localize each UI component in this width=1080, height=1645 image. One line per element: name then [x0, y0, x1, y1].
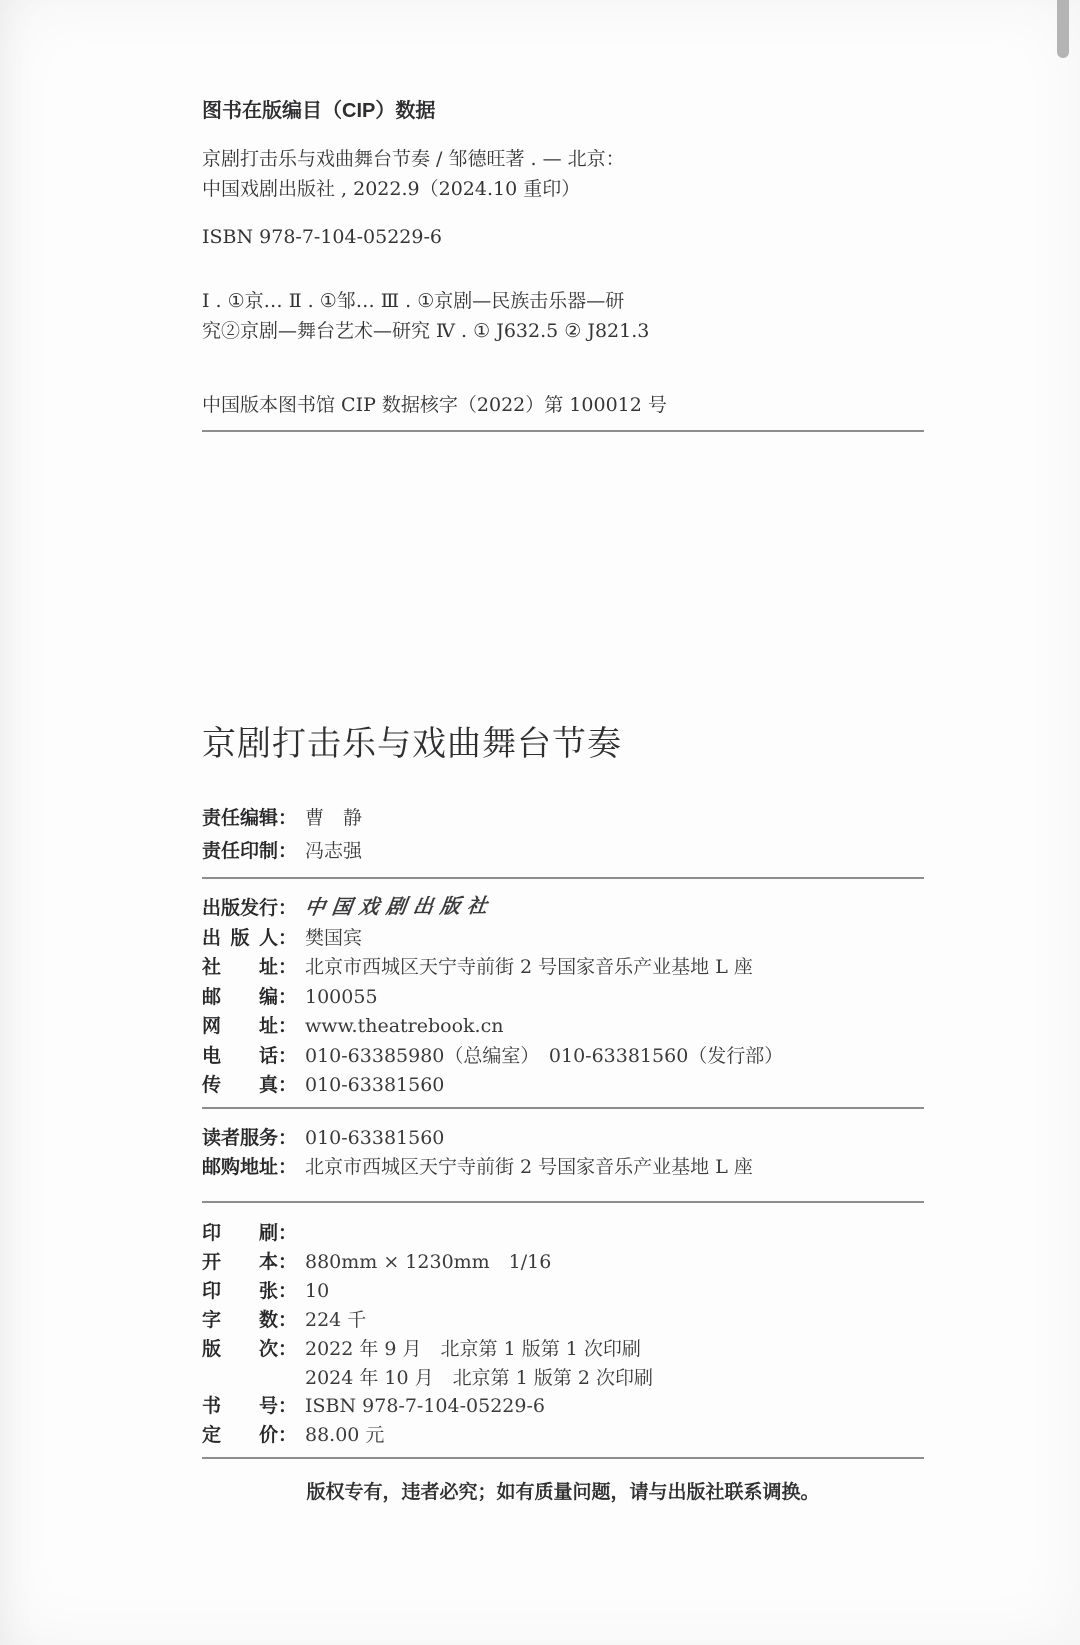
field-label: 出版发行 [202, 895, 278, 924]
divider [202, 1107, 924, 1109]
publisher-logo: 中国戏剧出版社 [303, 891, 496, 921]
print-row-edition: 版次：2022 年 9 月 北京第 1 版第 1 次印刷 [202, 1335, 924, 1364]
field-value: ISBN 978-7-104-05229-6 [305, 1392, 545, 1420]
pub-row-publisher-person: 出版人：樊国宾 [202, 924, 924, 954]
field-value: 冯志强 [305, 835, 362, 867]
field-value: 880mm × 1230mm 1/16 [305, 1248, 551, 1276]
colon: ： [278, 1336, 297, 1364]
field-value: 010-63381560 [305, 1124, 444, 1152]
divider [202, 430, 924, 432]
field-value: 2022 年 9 月 北京第 1 版第 1 次印刷 [305, 1335, 641, 1363]
field-value: 010-63385980（总编室） 010-63381560（发行部） [305, 1042, 783, 1071]
cip-block: 图书在版编目（CIP）数据 京剧打击乐与戏曲舞台节奏 / 邹德旺著 . — 北京… [202, 96, 924, 420]
field-value: 010-63381560 [305, 1071, 444, 1100]
pub-row-address: 社址：北京市西城区天宁寺前街 2 号国家音乐产业基地 L 座 [202, 953, 924, 983]
pub-row-publisher: 出版发行：中国戏剧出版社 [202, 893, 924, 924]
colon: ： [278, 836, 297, 868]
field-label: 责任印制 [202, 836, 278, 868]
field-label: 印张 [202, 1278, 278, 1306]
colon: ： [278, 1249, 297, 1277]
credit-row-editor: 责任编辑：曹 静 [202, 802, 924, 835]
divider [202, 1201, 924, 1203]
colon: ： [278, 803, 297, 835]
field-label: 读者服务 [202, 1125, 278, 1153]
colon: ： [278, 1013, 297, 1042]
field-value: 曹 静 [305, 802, 362, 834]
colon: ： [278, 1278, 297, 1306]
print-row-price: 定价：88.00 元 [202, 1421, 924, 1450]
cip-publisher-line: 中国戏剧出版社 , 2022.9（2024.10 重印） [202, 174, 924, 204]
field-value: 224 千 [305, 1306, 366, 1334]
colon: ： [278, 895, 297, 924]
field-value: 2024 年 10 月 北京第 1 版第 2 次印刷 [305, 1364, 653, 1392]
field-value: 北京市西城区天宁寺前街 2 号国家音乐产业基地 L 座 [305, 953, 753, 982]
reader-row-service: 读者服务：010-63381560 [202, 1124, 924, 1153]
cip-title-line: 京剧打击乐与戏曲舞台节奏 / 邹德旺著 . — 北京： [202, 144, 924, 174]
field-label: 开本 [202, 1249, 278, 1277]
colon: ： [278, 925, 297, 954]
scrollbar-thumb[interactable] [1057, 0, 1069, 58]
copyright-notice: 版权专有，违者必究；如有质量问题，请与出版社联系调换。 [202, 1478, 924, 1508]
cip-record-number: 中国版本图书馆 CIP 数据核字（2022）第 100012 号 [202, 390, 924, 420]
website-url: www.theatrebook.cn [305, 1012, 503, 1041]
credit-row-print-supervisor: 责任印制：冯志强 [202, 835, 924, 868]
pub-row-website: 网址：www.theatrebook.cn [202, 1012, 924, 1042]
cip-heading: 图书在版编目（CIP）数据 [202, 96, 924, 126]
print-row-printer: 印刷： [202, 1220, 924, 1248]
field-value: 88.00 元 [305, 1421, 384, 1449]
cip-isbn: ISBN 978-7-104-05229-6 [202, 222, 924, 252]
print-row-edition-continued: 2024 年 10 月 北京第 1 版第 2 次印刷 [202, 1364, 924, 1392]
field-label: 传真 [202, 1072, 278, 1101]
field-label: 版次 [202, 1336, 278, 1364]
field-label: 字数 [202, 1307, 278, 1335]
divider [202, 877, 924, 879]
colon: ： [278, 1307, 297, 1335]
colon: ： [278, 984, 297, 1013]
field-label: 出版人 [202, 925, 278, 954]
divider [202, 1457, 924, 1459]
copyright-page: 图书在版编目（CIP）数据 京剧打击乐与戏曲舞台节奏 / 邹德旺著 . — 北京… [0, 0, 1080, 1645]
pub-row-phone: 电话：010-63385980（总编室） 010-63381560（发行部） [202, 1042, 924, 1072]
field-label: 书号 [202, 1393, 278, 1421]
colon: ： [278, 1072, 297, 1101]
reader-row-mail-address: 邮购地址：北京市西城区天宁寺前街 2 号国家音乐产业基地 L 座 [202, 1153, 924, 1182]
field-label: 电话 [202, 1043, 278, 1072]
colon: ： [278, 1393, 297, 1421]
publisher-block: 出版发行：中国戏剧出版社 出版人：樊国宾 社址：北京市西城区天宁寺前街 2 号国… [202, 893, 924, 1101]
field-value: 100055 [305, 983, 378, 1012]
field-label: 社址 [202, 954, 278, 983]
colon: ： [278, 954, 297, 983]
printing-block: 印刷： 开本：880mm × 1230mm 1/16 印张：10 字数：224 … [202, 1220, 924, 1450]
field-value: 樊国宾 [305, 924, 362, 953]
print-row-isbn: 书号：ISBN 978-7-104-05229-6 [202, 1392, 924, 1421]
credits-block: 责任编辑：曹 静 责任印制：冯志强 [202, 802, 924, 868]
reader-service-block: 读者服务：010-63381560 邮购地址：北京市西城区天宁寺前街 2 号国家… [202, 1124, 924, 1182]
print-row-sheets: 印张：10 [202, 1277, 924, 1306]
colon: ： [278, 1422, 297, 1450]
pub-row-fax: 传真：010-63381560 [202, 1071, 924, 1101]
cip-classification-line2: 究②京剧—舞台艺术—研究 Ⅳ . ① J632.5 ② J821.3 [202, 316, 924, 346]
cip-classification-line1: Ⅰ . ①京… Ⅱ . ①邹… Ⅲ . ①京剧—民族击乐器—研 [202, 286, 924, 316]
field-value: 北京市西城区天宁寺前街 2 号国家音乐产业基地 L 座 [305, 1153, 753, 1181]
field-label: 邮购地址 [202, 1154, 278, 1182]
field-label: 责任编辑 [202, 803, 278, 835]
print-row-wordcount: 字数：224 千 [202, 1306, 924, 1335]
field-label: 印刷 [202, 1220, 278, 1248]
colon: ： [278, 1220, 297, 1248]
field-label: 定价 [202, 1422, 278, 1450]
colon: ： [278, 1154, 297, 1182]
field-value: 10 [305, 1277, 329, 1305]
pub-row-postcode: 邮编：100055 [202, 983, 924, 1013]
colon: ： [278, 1043, 297, 1072]
colon: ： [278, 1125, 297, 1153]
field-label: 邮编 [202, 984, 278, 1013]
field-label: 网址 [202, 1013, 278, 1042]
print-row-format: 开本：880mm × 1230mm 1/16 [202, 1248, 924, 1277]
book-title: 京剧打击乐与戏曲舞台节奏 [202, 720, 924, 768]
